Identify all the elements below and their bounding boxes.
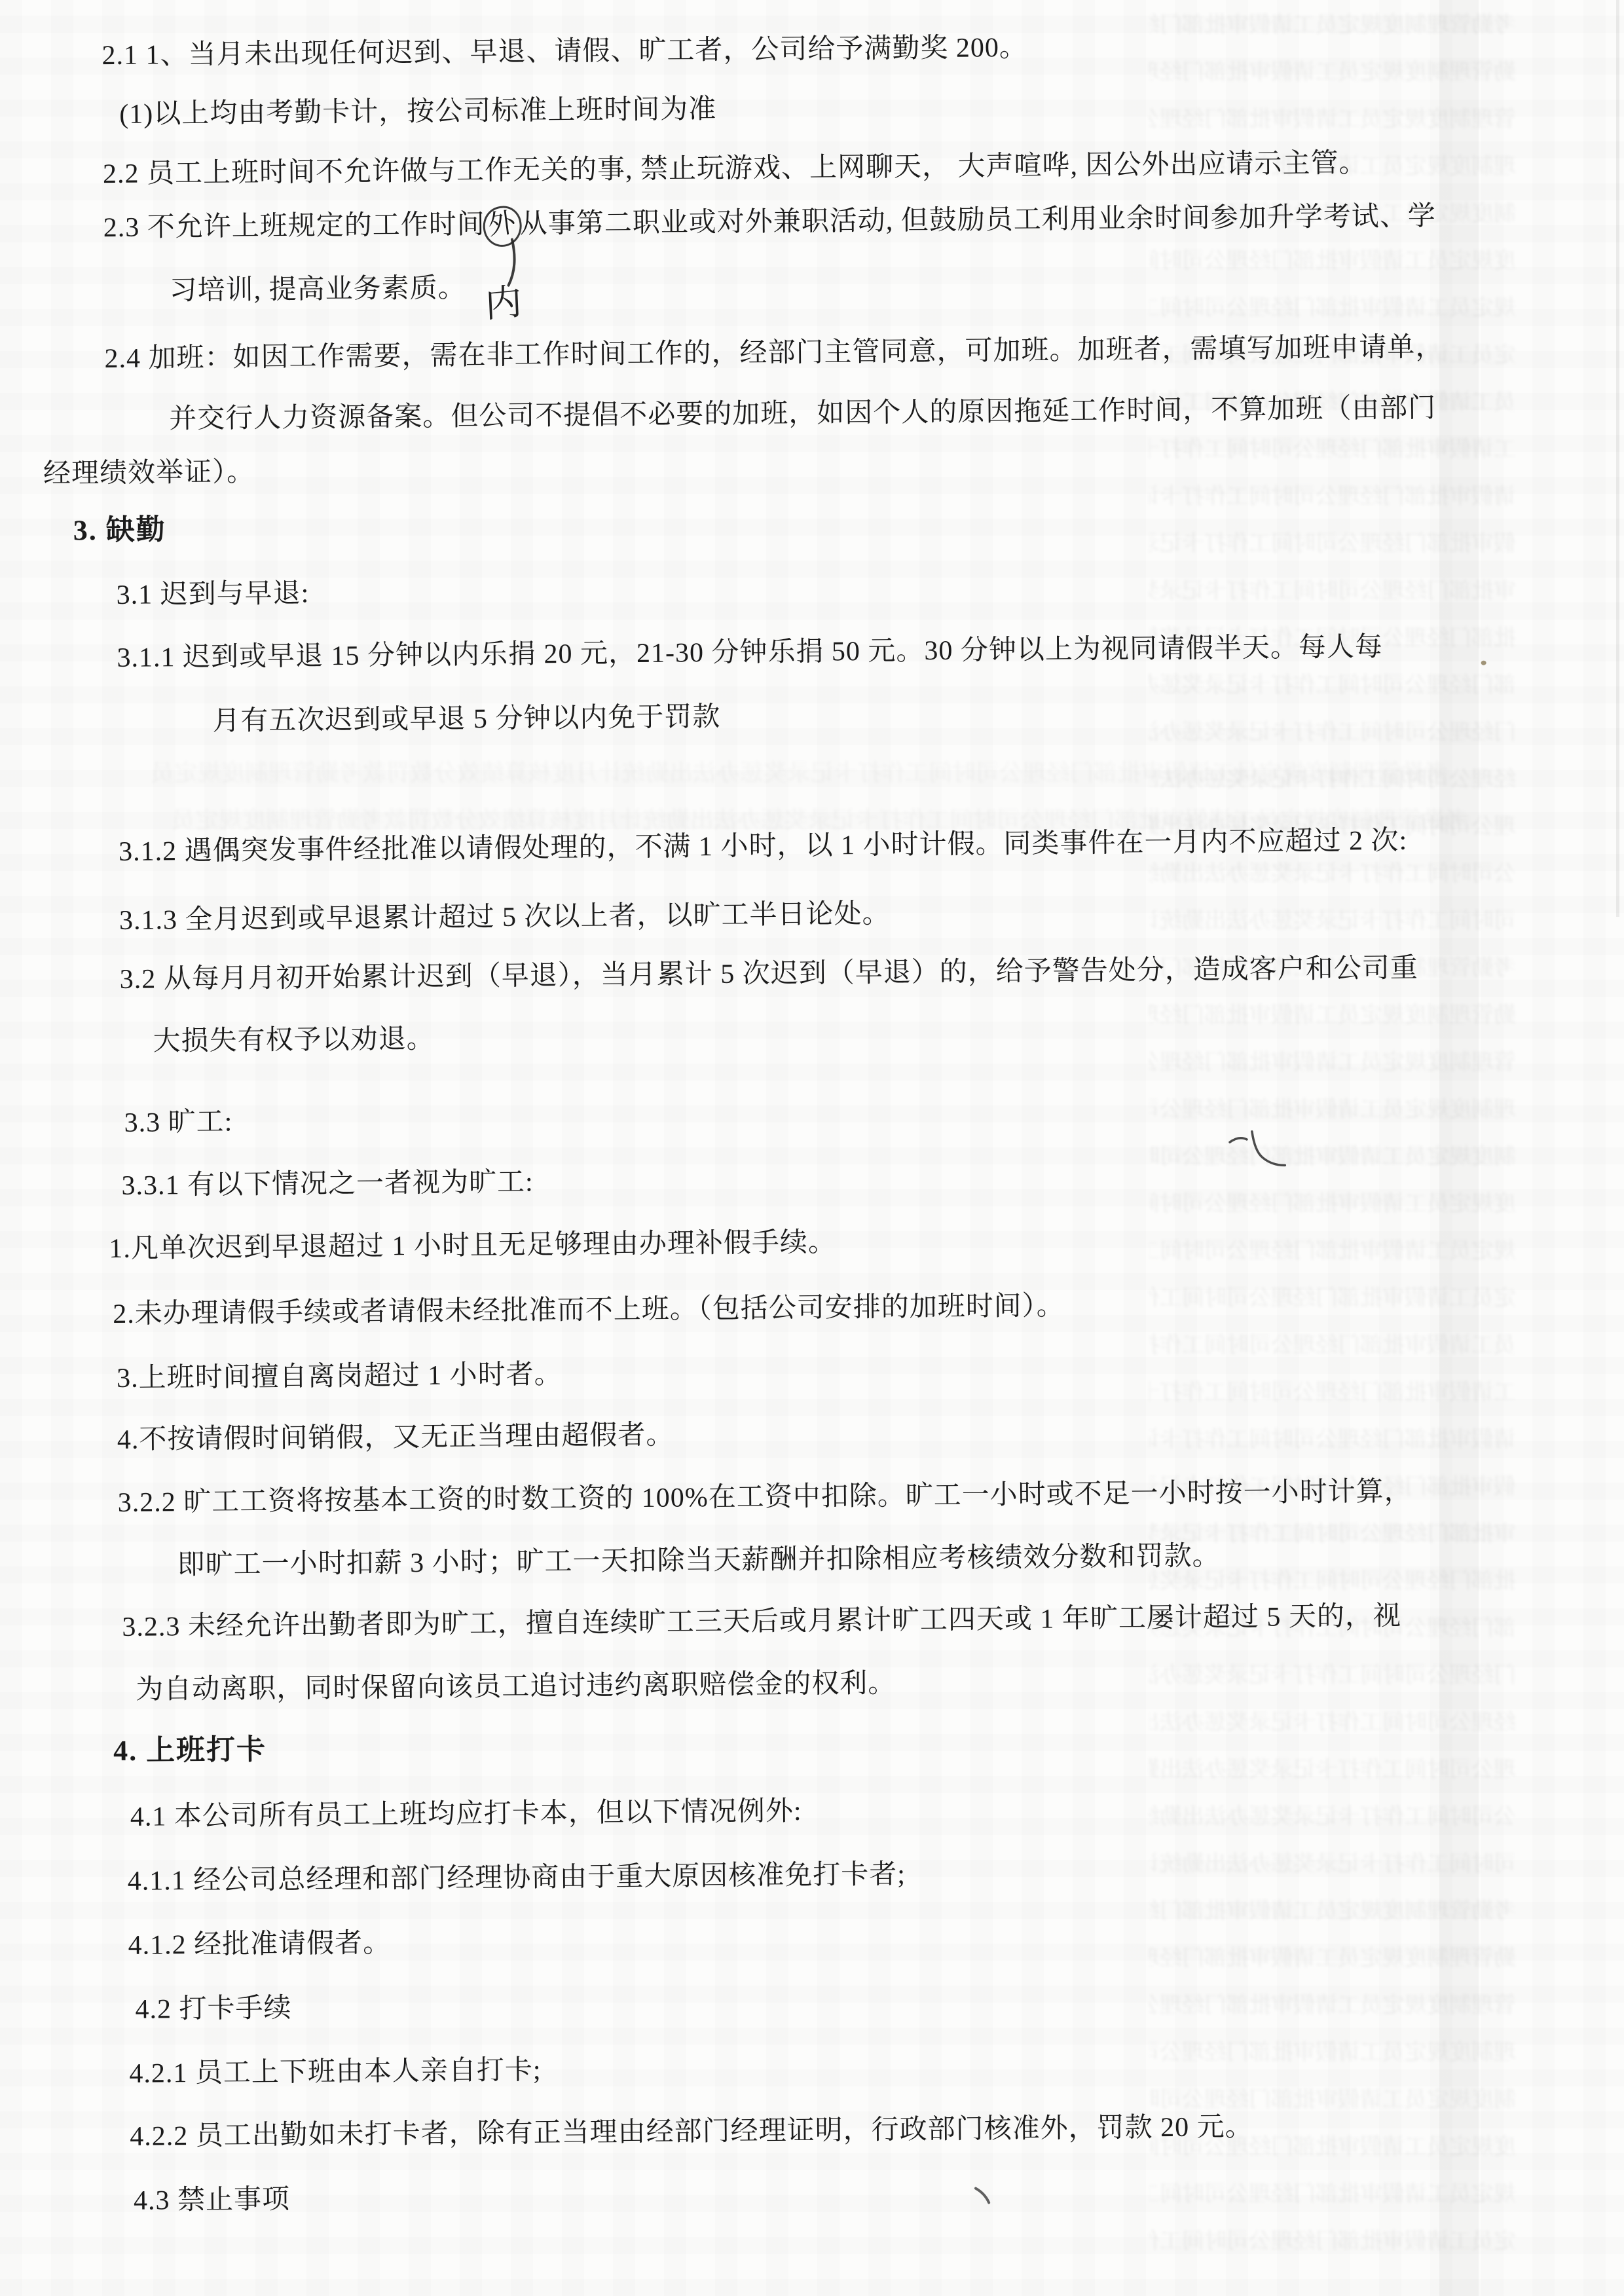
text-line-4: 习培训, 提高业务素质。 <box>169 272 466 306</box>
text-line-26: 4. 上班打卡 <box>113 1733 267 1768</box>
line-pre-text: 2.3 不允许上班规定的工作时间 <box>103 210 485 243</box>
stray-tick-mark <box>972 2184 998 2210</box>
text-line-11: 月有五次迟到或早退 5 分钟以内免于罚款 <box>212 701 720 737</box>
text-line-16: 3.3 旷工: <box>124 1106 232 1139</box>
text-line-20: 3.上班时间擅自离岗超过 1 小时者。 <box>117 1359 563 1394</box>
text-line-15: 大损失有权予以劝退。 <box>153 1024 434 1058</box>
text-line-21: 4.不按请假时间销假，又无正当理由超假者。 <box>117 1420 674 1456</box>
text-line-27: 4.1 本公司所有员工上班均应打卡本，但以下情况例外: <box>130 1796 802 1833</box>
text-line-28: 4.1.1 经公司总经理和部门经理协商由于重大原因核准免打卡者; <box>128 1859 906 1897</box>
line-post-text: 从事第二职业或对外兼职活动, 但鼓励员工利用业余时间参加升学考试、学 <box>520 201 1436 239</box>
text-line-14: 3.2 从每月月初开始累计迟到（早退），当月累计 5 次迟到（早退）的，给予警告… <box>120 953 1418 996</box>
text-line-31: 4.2.1 员工上下班由本人亲自打卡; <box>129 2054 542 2090</box>
text-line-18: 1.凡单次迟到早退超过 1 小时且无足够理由办理补假手续。 <box>109 1227 836 1265</box>
text-line-2: 2.2 员工上班时间不允许做与工作无关的事, 禁止玩游戏、上网聊天， 大声喧哗,… <box>103 147 1367 190</box>
document-content: 2.1 1、当月未出现任何迟到、早退、请假、旷工者，公司给予满勤奖 200。(1… <box>0 0 1624 2296</box>
text-line-12: 3.1.2 遇偶突发事件经批准以请假处理的，不满 1 小时，以 1 小时计假。同… <box>119 825 1408 868</box>
text-line-22: 3.2.2 旷工工资将按基本工资的时数工资的 100%在工资中扣除。旷工一小时或… <box>118 1476 1412 1519</box>
text-line-1: (1)以上均由考勤卡计，按公司标准上班时间为准 <box>119 94 716 130</box>
stray-pen-hook-mark <box>1225 1130 1304 1183</box>
text-line-25: 为自动离职，同时保留向该员工追讨违约离职赔偿金的权利。 <box>136 1668 896 1706</box>
text-line-17: 3.3.1 有以下情况之一者视为旷工: <box>121 1166 534 1202</box>
text-line-7: 经理绩效举证）。 <box>43 456 255 490</box>
text-line-3: 2.3 不允许上班规定的工作时间外从事第二职业或对外兼职活动, 但鼓励员工利用业… <box>103 200 1436 246</box>
text-line-6: 并交行人力资源备案。但公司不提倡不必要的加班，如因个人的原因拖延工作时间，不算加… <box>169 392 1436 435</box>
scan-speck <box>1481 661 1486 665</box>
text-line-19: 2.未办理请假手续或者请假未经批准而不上班。（包括公司安排的加班时间）。 <box>113 1290 1065 1330</box>
text-line-33: 4.3 禁止事项 <box>134 2184 290 2217</box>
text-line-0: 2.1 1、当月未出现任何迟到、早退、请假、旷工者，公司给予满勤奖 200。 <box>101 32 1027 72</box>
handwritten-correction-char: 内 <box>485 284 523 324</box>
text-line-5: 2.4 加班：如因工作需要，需在非工作时间工作的，经部门主管同意，可加班。加班者… <box>104 331 1443 375</box>
text-line-13: 3.1.3 全月迟到或早退累计超过 5 次以上者，以旷工半日论处。 <box>119 898 891 937</box>
text-line-32: 4.2.2 员工出勤如未打卡者，除有正当理由经部门经理证明，行政部门核准外，罚款… <box>130 2111 1253 2153</box>
scanned-page: { "page": { "ink_color": "#1b1b1b", "pap… <box>0 0 1624 2296</box>
text-line-29: 4.1.2 经批准请假者。 <box>128 1927 391 1961</box>
text-line-10: 3.1.1 迟到或早退 15 分钟以内乐捐 20 元，21-30 分钟乐捐 50… <box>117 631 1383 674</box>
text-line-30: 4.2 打卡手续 <box>135 1993 291 2026</box>
text-line-23: 即旷工一小时扣薪 3 小时；旷工一天扣除当天薪酬并扣除相应考核绩效分数和罚款。 <box>177 1540 1220 1581</box>
text-line-24: 3.2.3 未经允许出勤者即为旷工，擅自连续旷工三天后或月累计旷工四天或 1 年… <box>122 1601 1401 1643</box>
text-line-8: 3. 缺勤 <box>73 513 166 547</box>
text-line-9: 3.1 迟到与早退: <box>116 578 309 611</box>
